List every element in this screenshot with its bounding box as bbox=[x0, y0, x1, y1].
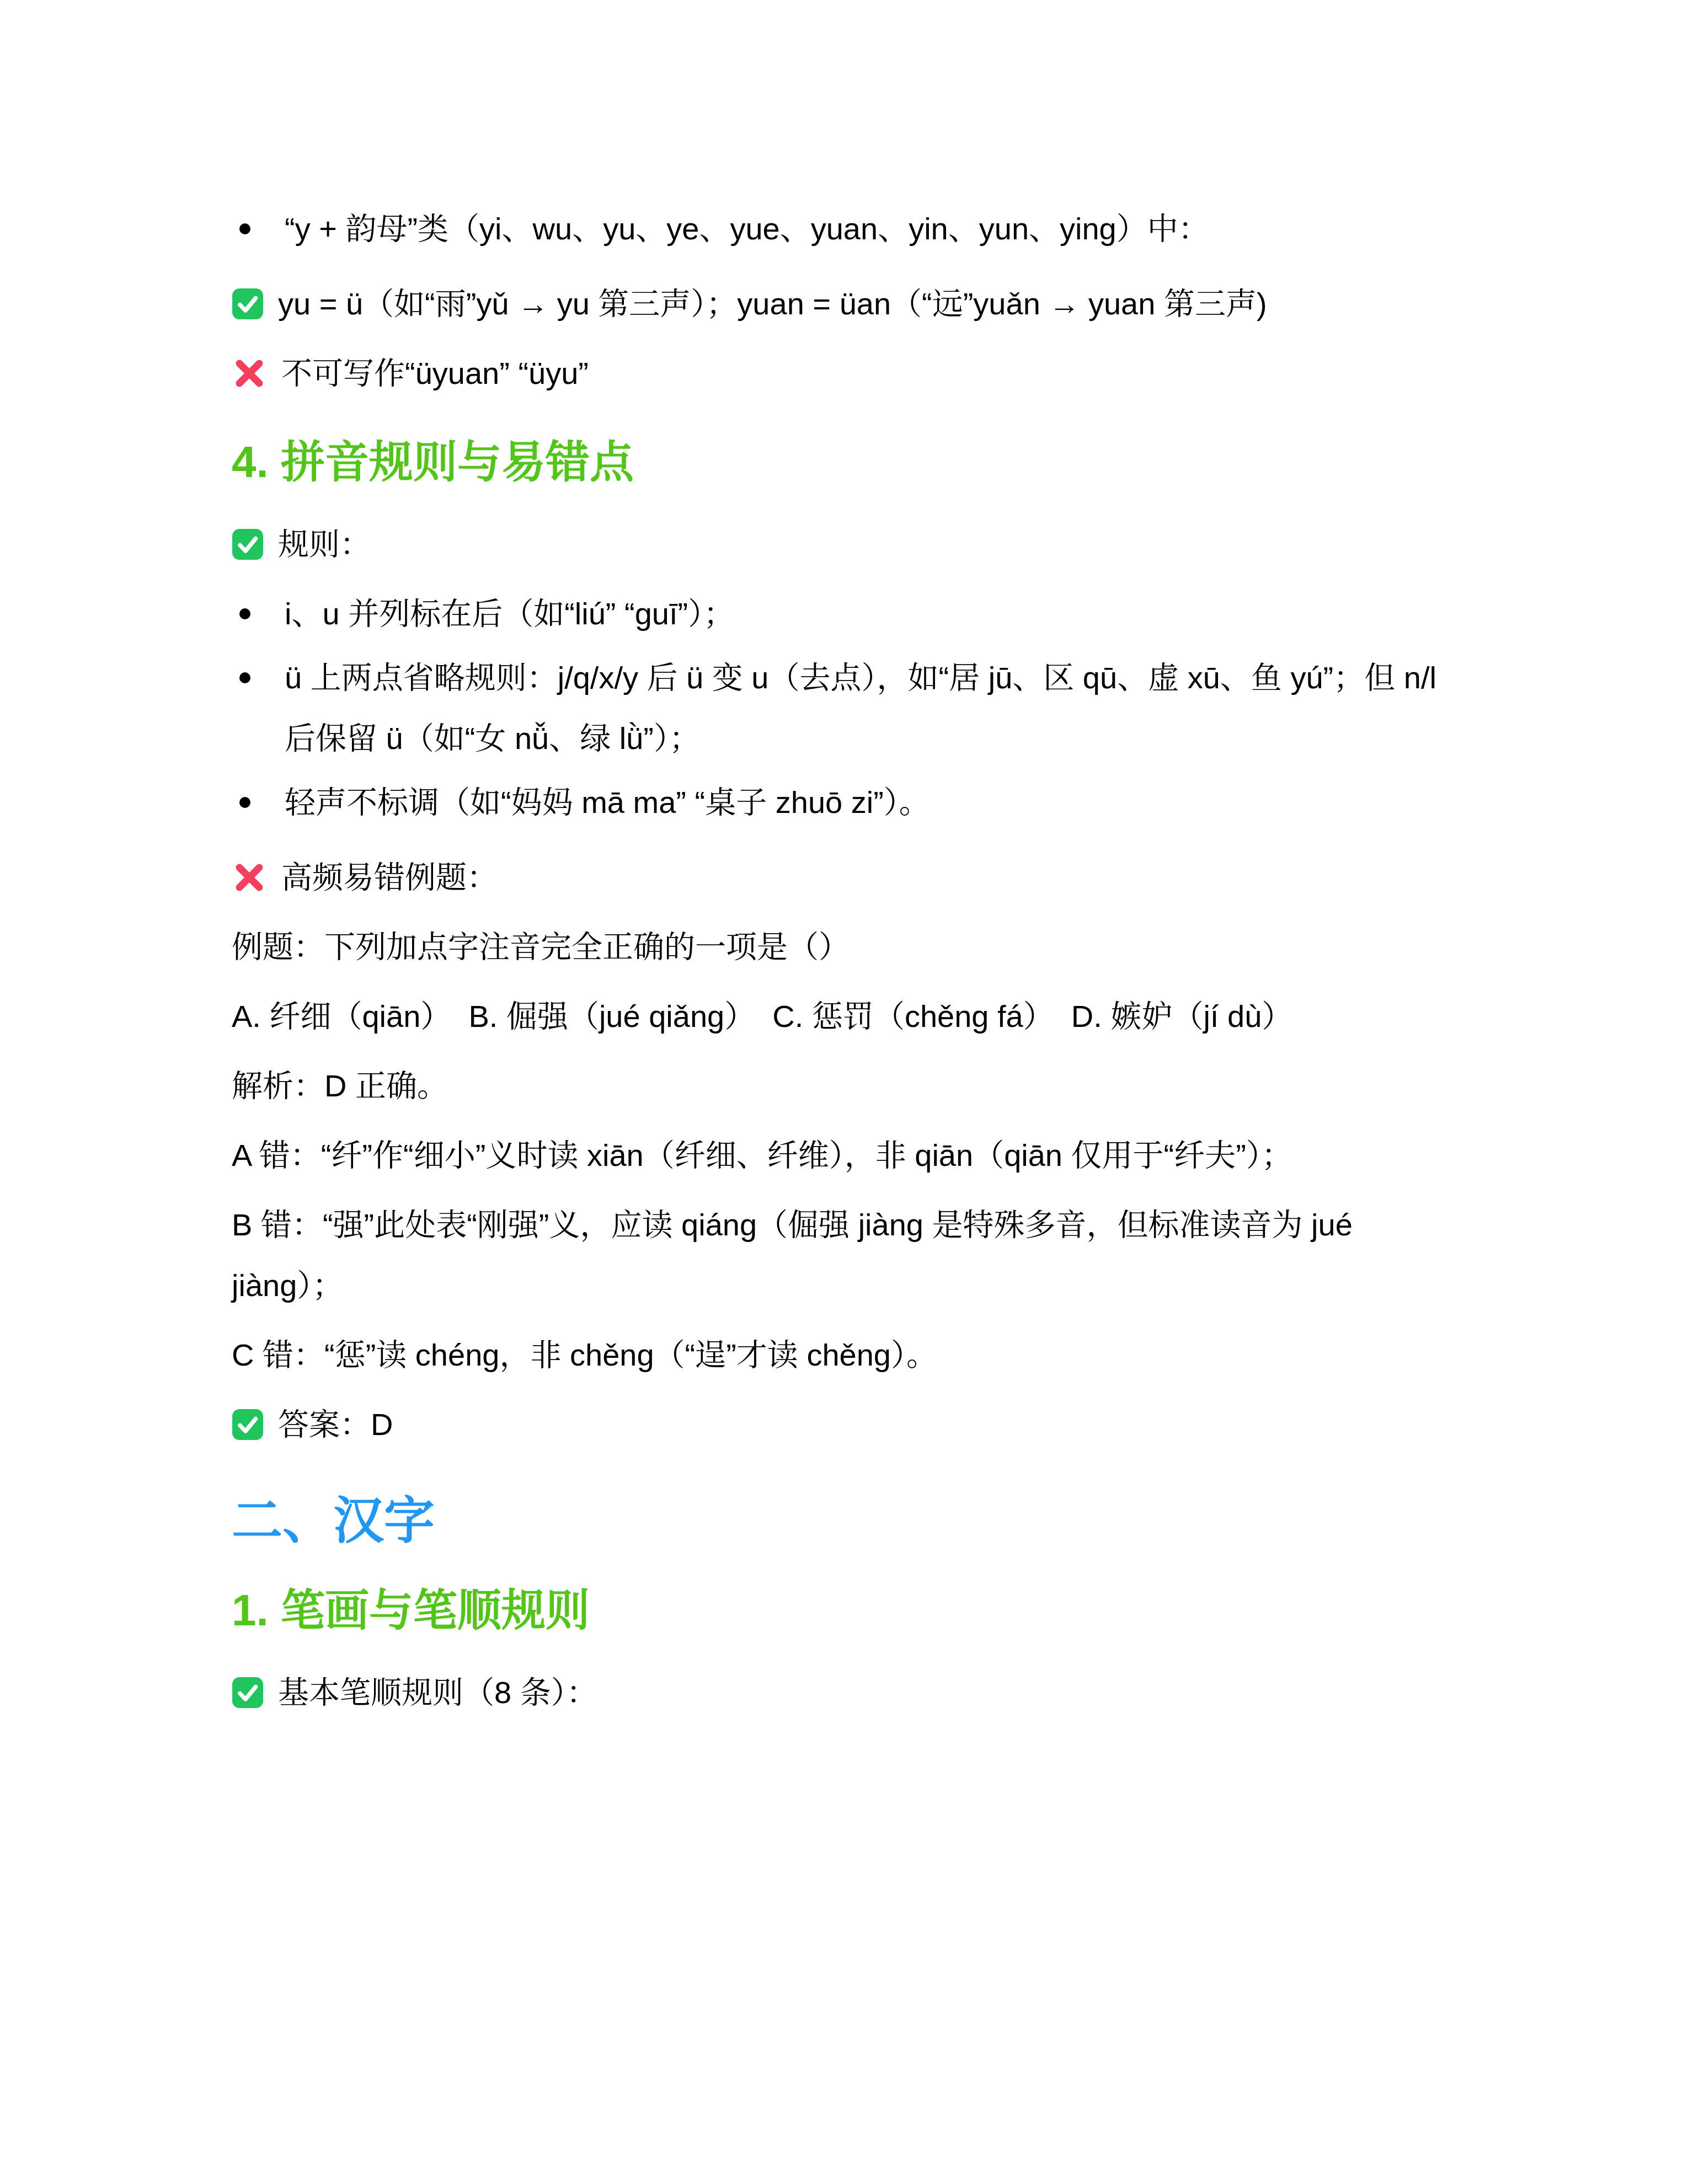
rules-bullet-list: i、u 并列标在后（如“liú” “guī”）； ü 上两点省略规则：j/q/x… bbox=[232, 584, 1467, 833]
cross-line-error-examples: 高频易错例题： bbox=[232, 847, 1467, 908]
paragraph-options: A. 纤细（qiān） B. 倔强（jué qiǎng） C. 惩罚（chěng… bbox=[232, 986, 1467, 1047]
paragraph-analysis: 解析：D 正确。 bbox=[232, 1056, 1467, 1116]
check-icon bbox=[232, 1662, 264, 1723]
document-page: “y + 韵母”类（yi、wu、yu、ye、yue、yuan、yin、yun、y… bbox=[0, 0, 1688, 2184]
check-line-rules-label: 规则： bbox=[232, 514, 1467, 575]
paragraph-option-b-wrong: B 错：“强”此处表“刚强”义，应读 qiáng（倔强 jiàng 是特殊多音，… bbox=[232, 1195, 1467, 1316]
paragraph-option-a-wrong: A 错：“纤”作“细小”义时读 xiān（纤细、纤维），非 qiān（qiān … bbox=[232, 1125, 1467, 1186]
rules-label: 规则： bbox=[278, 514, 1467, 575]
heading-hanzi: 二、汉字 bbox=[232, 1491, 1467, 1551]
check-line-basic-stroke-rules: 基本笔顺规则（8 条）： bbox=[232, 1662, 1467, 1723]
paragraph-example-question: 例题：下列加点字注音完全正确的一项是（） bbox=[232, 917, 1467, 977]
check-icon bbox=[232, 514, 264, 575]
cross-line-text: 不可写作“üyuan” “üyu” bbox=[281, 343, 1467, 404]
answer-text: 答案：D bbox=[278, 1394, 1467, 1455]
cross-icon bbox=[232, 343, 267, 404]
cross-icon bbox=[232, 847, 267, 908]
basic-stroke-rules-label: 基本笔顺规则（8 条）： bbox=[278, 1662, 1467, 1723]
check-line-yu-rule: yu = ü（如“雨”yǔ → yu 第三声）；yuan = üan（“远”yu… bbox=[232, 274, 1467, 334]
cross-line-uyuan: 不可写作“üyuan” “üyu” bbox=[232, 343, 1467, 404]
check-icon bbox=[232, 1394, 264, 1455]
check-line-text: yu = ü（如“雨”yǔ → yu 第三声）；yuan = üan（“远”yu… bbox=[278, 274, 1467, 334]
check-icon bbox=[232, 274, 264, 334]
heading-stroke-rules: 1. 笔画与笔顺规则 bbox=[232, 1584, 1467, 1637]
intro-bullet-list: “y + 韵母”类（yi、wu、yu、ye、yue、yuan、yin、yun、y… bbox=[232, 199, 1467, 259]
check-line-answer: 答案：D bbox=[232, 1394, 1467, 1455]
errors-label: 高频易错例题： bbox=[281, 847, 1467, 908]
list-item-y-finals: “y + 韵母”类（yi、wu、yu、ye、yue、yuan、yin、yun、y… bbox=[232, 199, 1467, 259]
heading-pinyin-rules: 4. 拼音规则与易错点 bbox=[232, 436, 1467, 489]
list-item-rule-neutral-tone: 轻声不标调（如“妈妈 mā ma” “桌子 zhuō zi”）。 bbox=[232, 772, 1467, 833]
list-item-rule-iu: i、u 并列标在后（如“liú” “guī”）； bbox=[232, 584, 1467, 644]
paragraph-option-c-wrong: C 错：“惩”读 chéng，非 chěng（“逞”才读 chěng）。 bbox=[232, 1325, 1467, 1385]
list-item-rule-umlaut: ü 上两点省略规则：j/q/x/y 后 ü 变 u（去点），如“居 jū、区 q… bbox=[232, 647, 1467, 769]
